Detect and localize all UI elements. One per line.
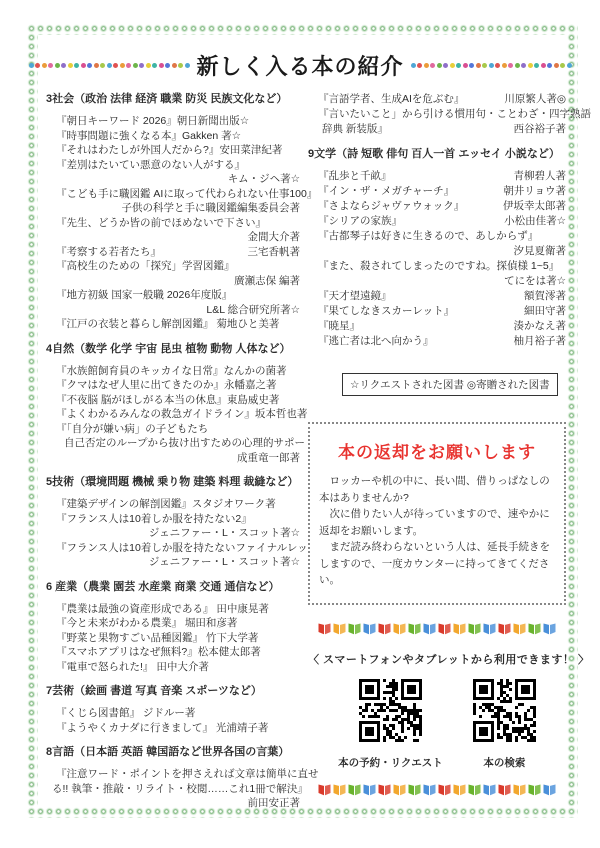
book-author: 額賀澪著 bbox=[524, 289, 566, 304]
book-line: 『フランス人は10着しか服を持たない2』 bbox=[46, 512, 300, 527]
book-author: 細田守著 bbox=[524, 304, 566, 319]
return-notice-title: 本の返却をお願いします bbox=[319, 438, 555, 463]
book-author: 朝井リョウ著 bbox=[503, 184, 566, 199]
open-book-icon bbox=[528, 784, 541, 796]
book-title: 『電車で怒られた!』 田中大介著 bbox=[56, 660, 209, 675]
open-book-icon bbox=[468, 623, 481, 635]
book-title: 『ようやくカナダに行きまして』 光浦靖子著 bbox=[56, 721, 268, 736]
color-dot-icon bbox=[463, 63, 468, 68]
book-line: 『先生、どうか皆の前でほめないで下さい』 bbox=[46, 216, 300, 231]
color-dot-icon bbox=[430, 63, 435, 68]
color-dot-icon bbox=[508, 63, 513, 68]
book-line: 自己否定のループから抜け出すための心理的サポート』 bbox=[46, 436, 300, 451]
book-line: 『古都琴子は好きに生きるので、あしからず』 bbox=[308, 229, 566, 244]
book-line: 『シリアの家族』小松由佳著☆ bbox=[308, 214, 566, 229]
section-heading: 3社会（政治 法律 経済 職業 防災 民族文化など） bbox=[46, 92, 300, 106]
color-dot-icon bbox=[450, 63, 455, 68]
book-title: 『果てしなきスカーレット』 bbox=[318, 304, 454, 319]
column-right: 『言語学者、生成AIを危ぶむ』川原繁人著◎『言いたいこと」から引ける慣用句・こと… bbox=[308, 92, 566, 796]
color-dot-icon bbox=[165, 63, 170, 68]
book-title: 『また、殺されてしまったのですね。探偵様 1~5』 bbox=[318, 259, 559, 274]
book-author: 汐見夏衛著 bbox=[514, 244, 567, 259]
book-author: 西谷裕子著 bbox=[514, 122, 567, 137]
book-author: 金間大介著 bbox=[248, 230, 301, 245]
book-title: 『スマホアプリはなぜ無料?』松本健太郎著 bbox=[56, 645, 261, 660]
book-title: 『先生、どうか皆の前でほめないで下さい』 bbox=[56, 216, 266, 231]
title-dots-left bbox=[29, 63, 190, 68]
book-author: 前田安正著 bbox=[248, 796, 301, 811]
open-book-icon bbox=[333, 784, 346, 796]
color-dot-icon bbox=[55, 63, 60, 68]
book-line: 金間大介著 bbox=[46, 230, 300, 245]
color-dot-icon bbox=[495, 63, 500, 68]
open-book-icon bbox=[438, 784, 451, 796]
book-line: 『電車で怒られた!』 田中大介著 bbox=[46, 660, 300, 675]
book-line: 『不夜脳 脳がほしがる本当の休息』東島威史著 bbox=[46, 393, 300, 408]
book-line: 『ようやくカナダに行きまして』 光浦靖子著 bbox=[46, 721, 300, 736]
book-line: 『地方初級 国家一般職 2026年度版』 bbox=[46, 288, 300, 303]
open-book-icon bbox=[513, 623, 526, 635]
color-dot-icon bbox=[48, 63, 53, 68]
color-dot-icon bbox=[482, 63, 487, 68]
border-right bbox=[567, 24, 578, 818]
book-line: ジェニファー・L・スコット著☆ bbox=[46, 555, 300, 570]
color-dot-icon bbox=[476, 63, 481, 68]
book-line: 『水族館飼育員のキッカイな日常』なんかの菌著 bbox=[46, 364, 300, 379]
book-line: 廣瀬志保 編著 bbox=[46, 274, 300, 289]
book-line: L&L 総合研究所著☆ bbox=[46, 303, 300, 318]
color-dot-icon bbox=[554, 63, 559, 68]
return-notice-box: 本の返却をお願いします ロッカーや机の中に、長い間、借りっぱなしの本はありません… bbox=[308, 422, 566, 605]
book-author: てにをは著☆ bbox=[504, 274, 566, 289]
book-author: ジェニファー・L・スコット著☆ bbox=[149, 526, 300, 541]
color-dot-icon bbox=[411, 63, 416, 68]
color-dot-icon bbox=[417, 63, 422, 68]
open-book-icon bbox=[543, 784, 556, 796]
book-line: 『天才望遠鏡』額賀澪著 bbox=[308, 289, 566, 304]
book-title: る!! 執筆・推敲・リライト・校閲……これ1冊で解決』 bbox=[52, 782, 308, 797]
color-dot-icon bbox=[120, 63, 125, 68]
book-title: 『さよならジャヴァウォック』 bbox=[318, 199, 464, 214]
book-line: 『差別はたいてい悪意のない人がする』 bbox=[46, 158, 300, 173]
book-line: 『農業は最強の資産形成である』 田中康晃著 bbox=[46, 602, 300, 617]
book-title: 『逃亡者は北へ向かう』 bbox=[318, 334, 434, 349]
book-line: 『「自分が嫌い病」の子どもたち bbox=[46, 422, 300, 437]
book-title: 『イン・ザ・メガチャーチ』 bbox=[318, 184, 454, 199]
book-line: 『言いたいこと」から引ける慣用句・ことわざ・四字熟語 bbox=[308, 107, 566, 122]
qr-row: 本の予約・リクエスト 本の検索 bbox=[308, 679, 566, 770]
book-line: 『江戸の衣装と暮らし解剖図鑑』 菊地ひと美著 bbox=[46, 317, 300, 332]
book-title: 『朝日キーワード 2026』朝日新聞出版☆ bbox=[56, 114, 249, 129]
title-row: 新しく入る本の紹介 bbox=[38, 50, 562, 81]
book-line: てにをは著☆ bbox=[308, 274, 566, 289]
book-title: 『くじら図書館』 ジドルー著 bbox=[56, 706, 195, 721]
book-author: ジェニファー・L・スコット著☆ bbox=[149, 555, 300, 570]
return-notice-paragraph: まだ読み終わらないという人は、延長手続きをしますので、一度カウンターに持ってきて… bbox=[319, 539, 555, 589]
book-line: 辞典 新装版』西谷裕子著 bbox=[308, 122, 566, 137]
book-author: 子供の科学と手に職図鑑編集委員会著 bbox=[122, 201, 301, 216]
color-dot-icon bbox=[567, 63, 572, 68]
open-book-icon bbox=[393, 784, 406, 796]
book-title: 『時事問題に強くなる本』Gakken 著☆ bbox=[56, 129, 241, 144]
book-title: 『不夜脳 脳がほしがる本当の休息』東島威史著 bbox=[56, 393, 279, 408]
book-line: る!! 執筆・推敲・リライト・校閲……これ1冊で解決』 bbox=[46, 782, 300, 797]
open-book-icon bbox=[543, 623, 556, 635]
color-dot-icon bbox=[100, 63, 105, 68]
return-notice-body: ロッカーや机の中に、長い間、借りっぱなしの本はありませんか?次に借りたい人が待っ… bbox=[319, 473, 555, 589]
book-author: 廣瀬志保 編著 bbox=[234, 274, 300, 289]
color-dot-icon bbox=[515, 63, 520, 68]
book-title: 『よくわかるみんなの救急ガイドライン』坂本哲也著 bbox=[56, 407, 307, 422]
open-book-icon bbox=[498, 623, 511, 635]
book-line: 『くじら図書館』 ジドルー著 bbox=[46, 706, 300, 721]
book-title: 『天才望遠鏡』 bbox=[318, 289, 392, 304]
book-author: 三宅香帆著 bbox=[248, 245, 301, 260]
book-line: 『イン・ザ・メガチャーチ』朝井リョウ著 bbox=[308, 184, 566, 199]
book-author: 川原繁人著◎ bbox=[504, 92, 566, 107]
open-book-icon bbox=[408, 623, 421, 635]
book-line: 『逃亡者は北へ向かう』柚月裕子著 bbox=[308, 334, 566, 349]
color-dot-icon bbox=[107, 63, 112, 68]
color-dot-icon bbox=[424, 63, 429, 68]
book-title: 『野菜と果物すごい品種図鑑』 竹下大学著 bbox=[56, 631, 258, 646]
access-note: 〈 スマートフォンやタブレットから利用できます！ 〉 bbox=[308, 651, 566, 667]
book-title: 『暁星』 bbox=[318, 319, 360, 334]
open-book-icon bbox=[513, 784, 526, 796]
color-dot-icon bbox=[133, 63, 138, 68]
section-heading: 4自然（数学 化学 宇宙 昆虫 植物 動物 人体など） bbox=[46, 342, 300, 356]
book-title: 『高校生のための「探究」学習図鑑』 bbox=[56, 259, 235, 274]
color-dot-icon bbox=[68, 63, 73, 68]
section-heading: 9文学（詩 短歌 俳句 百人一首 エッセイ 小説など） bbox=[308, 147, 566, 161]
border-left bbox=[27, 24, 38, 818]
book-title: 『乱歩と千畝』 bbox=[318, 169, 392, 184]
open-book-icon bbox=[468, 784, 481, 796]
book-line: 『高校生のための「探究」学習図鑑』 bbox=[46, 259, 300, 274]
color-dot-icon bbox=[74, 63, 79, 68]
color-dot-icon bbox=[81, 63, 86, 68]
book-line: キム・ジヘ著☆ bbox=[46, 172, 300, 187]
open-book-icon bbox=[348, 623, 361, 635]
color-dot-icon bbox=[502, 63, 507, 68]
return-notice-paragraph: 次に借りたい人が待っていますので、速やかに返却をお願いします。 bbox=[319, 506, 555, 539]
color-dot-icon bbox=[541, 63, 546, 68]
book-title: 『考察する若者たち』 bbox=[56, 245, 161, 260]
color-dot-icon bbox=[61, 63, 66, 68]
book-line: 『乱歩と千畝』青柳碧人著 bbox=[308, 169, 566, 184]
book-line: 汐見夏衛著 bbox=[308, 244, 566, 259]
book-line: 『クマはなぜ人里に出てきたのか』永幡嘉之著 bbox=[46, 378, 300, 393]
color-dot-icon bbox=[547, 63, 552, 68]
color-dot-icon bbox=[489, 63, 494, 68]
book-title: 『言いたいこと」から引ける慣用句・ことわざ・四字熟語 bbox=[318, 107, 591, 122]
book-title: 『水族館飼育員のキッカイな日常』なんかの菌著 bbox=[56, 364, 286, 379]
open-book-icon bbox=[453, 784, 466, 796]
book-author: 成重竜一郎著 bbox=[237, 451, 300, 466]
open-book-icon bbox=[363, 623, 376, 635]
open-book-icon bbox=[483, 784, 496, 796]
open-book-icon bbox=[348, 784, 361, 796]
color-dot-icon bbox=[469, 63, 474, 68]
color-dot-icon bbox=[35, 63, 40, 68]
book-line: 成重竜一郎著 bbox=[46, 451, 300, 466]
qr-code-search-icon bbox=[473, 679, 536, 747]
open-book-icon bbox=[363, 784, 376, 796]
color-dot-icon bbox=[534, 63, 539, 68]
book-line: 『果てしなきスカーレット』細田守著 bbox=[308, 304, 566, 319]
open-book-icon bbox=[453, 623, 466, 635]
book-line: 『今と未来がわかる農業』 堀田和彦著 bbox=[46, 616, 300, 631]
book-line: ジェニファー・L・スコット著☆ bbox=[46, 526, 300, 541]
book-title: 『言語学者、生成AIを危ぶむ』 bbox=[318, 92, 464, 107]
border-top bbox=[27, 24, 578, 35]
book-title: 『注意ワード・ポイントを押さえれば文章は簡単に直せ bbox=[56, 767, 319, 782]
qr-code-reserve-icon bbox=[359, 679, 422, 747]
open-book-icon bbox=[378, 784, 391, 796]
color-dot-icon bbox=[113, 63, 118, 68]
book-line: 『考察する若者たち』三宅香帆著 bbox=[46, 245, 300, 260]
open-book-icon bbox=[528, 623, 541, 635]
open-book-icon bbox=[438, 623, 451, 635]
book-title: 『シリアの家族』 bbox=[318, 214, 402, 229]
book-title: 『今と未来がわかる農業』 堀田和彦著 bbox=[56, 616, 237, 631]
open-book-icon bbox=[318, 784, 331, 796]
color-dot-icon bbox=[42, 63, 47, 68]
book-title: 『古都琴子は好きに生きるので、あしからず』 bbox=[318, 229, 538, 244]
book-author: 湊かなえ著 bbox=[514, 319, 567, 334]
color-dot-icon bbox=[437, 63, 442, 68]
book-title: 『江戸の衣装と暮らし解剖図鑑』 菊地ひと美著 bbox=[56, 317, 279, 332]
color-dot-icon bbox=[152, 63, 157, 68]
color-dot-icon bbox=[185, 63, 190, 68]
book-title: 『フランス人は10着しか服を持たないファイナルレッスン』 bbox=[56, 541, 339, 556]
book-line: 子供の科学と手に職図鑑編集委員会著 bbox=[46, 201, 300, 216]
open-book-icon bbox=[423, 623, 436, 635]
legend-box: ☆リクエストされた図書 ◎寄贈された図書 bbox=[342, 373, 558, 396]
color-dot-icon bbox=[29, 63, 34, 68]
book-title: 『建築デザインの解剖図鑑』スタジオワーク著 bbox=[56, 497, 276, 512]
book-author: 伊坂幸太郎著 bbox=[503, 199, 566, 214]
book-title: 『農業は最強の資産形成である』 田中康晃著 bbox=[56, 602, 269, 617]
book-title: 『それはわたしが外国人だから?』安田菜津紀著 bbox=[56, 143, 282, 158]
color-dot-icon bbox=[139, 63, 144, 68]
book-line: 『野菜と果物すごい品種図鑑』 竹下大学著 bbox=[46, 631, 300, 646]
book-line: 『さよならジャヴァウォック』伊坂幸太郎著 bbox=[308, 199, 566, 214]
book-line: 『また、殺されてしまったのですね。探偵様 1~5』 bbox=[308, 259, 566, 274]
title-dots-right bbox=[411, 63, 572, 68]
book-line: 『こども手に職図鑑 AIに取って代わられない仕事100』 bbox=[46, 187, 300, 202]
book-line: 前田安正著 bbox=[46, 796, 300, 811]
book-row-bottom bbox=[308, 784, 566, 796]
book-line: 『注意ワード・ポイントを押さえれば文章は簡単に直せ bbox=[46, 767, 300, 782]
color-dot-icon bbox=[159, 63, 164, 68]
book-line: 『朝日キーワード 2026』朝日新聞出版☆ bbox=[46, 114, 300, 129]
book-line: 『暁星』湊かなえ著 bbox=[308, 319, 566, 334]
color-dot-icon bbox=[456, 63, 461, 68]
book-title: 『こども手に職図鑑 AIに取って代わられない仕事100』 bbox=[56, 187, 317, 202]
color-dot-icon bbox=[172, 63, 177, 68]
book-title: 『フランス人は10着しか服を持たない2』 bbox=[56, 512, 252, 527]
section-heading: 7芸術（絵画 書道 写真 音楽 スポーツなど） bbox=[46, 684, 300, 698]
color-dot-icon bbox=[178, 63, 183, 68]
book-title: 『「自分が嫌い病」の子どもたち bbox=[56, 422, 208, 437]
book-line: 『よくわかるみんなの救急ガイドライン』坂本哲也著 bbox=[46, 407, 300, 422]
open-book-icon bbox=[483, 623, 496, 635]
book-author: 小松由佳著☆ bbox=[504, 214, 566, 229]
book-line: 『言語学者、生成AIを危ぶむ』川原繁人著◎ bbox=[308, 92, 566, 107]
section-heading: 5技術（環境問題 機械 乗り物 建築 料理 裁縫など） bbox=[46, 475, 300, 489]
color-dot-icon bbox=[126, 63, 131, 68]
qr-label-search: 本の検索 bbox=[483, 755, 525, 770]
qr-label-reserve: 本の予約・リクエスト bbox=[338, 755, 443, 770]
open-book-icon bbox=[378, 623, 391, 635]
qr-block-reserve: 本の予約・リクエスト bbox=[338, 679, 443, 770]
color-dot-icon bbox=[87, 63, 92, 68]
color-dot-icon bbox=[560, 63, 565, 68]
book-author: 柚月裕子著 bbox=[514, 334, 567, 349]
color-dot-icon bbox=[528, 63, 533, 68]
book-title: 『地方初級 国家一般職 2026年度版』 bbox=[56, 288, 232, 303]
color-dot-icon bbox=[443, 63, 448, 68]
book-title: 『差別はたいてい悪意のない人がする』 bbox=[56, 158, 245, 173]
book-line: 『それはわたしが外国人だから?』安田菜津紀著 bbox=[46, 143, 300, 158]
book-title: 辞典 新装版』 bbox=[322, 122, 388, 137]
qr-block-search: 本の検索 bbox=[473, 679, 536, 770]
book-line: 『スマホアプリはなぜ無料?』松本健太郎著 bbox=[46, 645, 300, 660]
section-heading: 6 産業（農業 園芸 水産業 商業 交通 通信など） bbox=[46, 580, 300, 594]
open-book-icon bbox=[408, 784, 421, 796]
open-book-icon bbox=[393, 623, 406, 635]
book-row-top bbox=[308, 623, 566, 635]
open-book-icon bbox=[333, 623, 346, 635]
book-line: 『建築デザインの解剖図鑑』スタジオワーク著 bbox=[46, 497, 300, 512]
color-dot-icon bbox=[521, 63, 526, 68]
book-title: 自己否定のループから抜け出すための心理的サポート』 bbox=[64, 436, 326, 451]
book-author: L&L 総合研究所著☆ bbox=[206, 303, 300, 318]
book-author: 青柳碧人著 bbox=[514, 169, 567, 184]
book-author: キム・ジヘ著☆ bbox=[228, 172, 300, 187]
newsletter-page: 新しく入る本の紹介 3社会（政治 法律 経済 職業 防災 民族文化など）『朝日キ… bbox=[0, 0, 600, 848]
open-book-icon bbox=[423, 784, 436, 796]
return-notice-paragraph: ロッカーや机の中に、長い間、借りっぱなしの本はありませんか? bbox=[319, 473, 555, 506]
book-line: 『フランス人は10着しか服を持たないファイナルレッスン』 bbox=[46, 541, 300, 556]
open-book-icon bbox=[498, 784, 511, 796]
open-book-icon bbox=[318, 623, 331, 635]
page-title: 新しく入る本の紹介 bbox=[197, 50, 404, 81]
book-title: 『クマはなぜ人里に出てきたのか』永幡嘉之著 bbox=[56, 378, 277, 393]
color-dot-icon bbox=[94, 63, 99, 68]
color-dot-icon bbox=[146, 63, 151, 68]
section-heading: 8言語（日本語 英語 韓国語など世界各国の言葉） bbox=[46, 745, 300, 759]
column-left: 3社会（政治 法律 経済 職業 防災 民族文化など）『朝日キーワード 2026』… bbox=[46, 92, 300, 811]
book-line: 『時事問題に強くなる本』Gakken 著☆ bbox=[46, 129, 300, 144]
